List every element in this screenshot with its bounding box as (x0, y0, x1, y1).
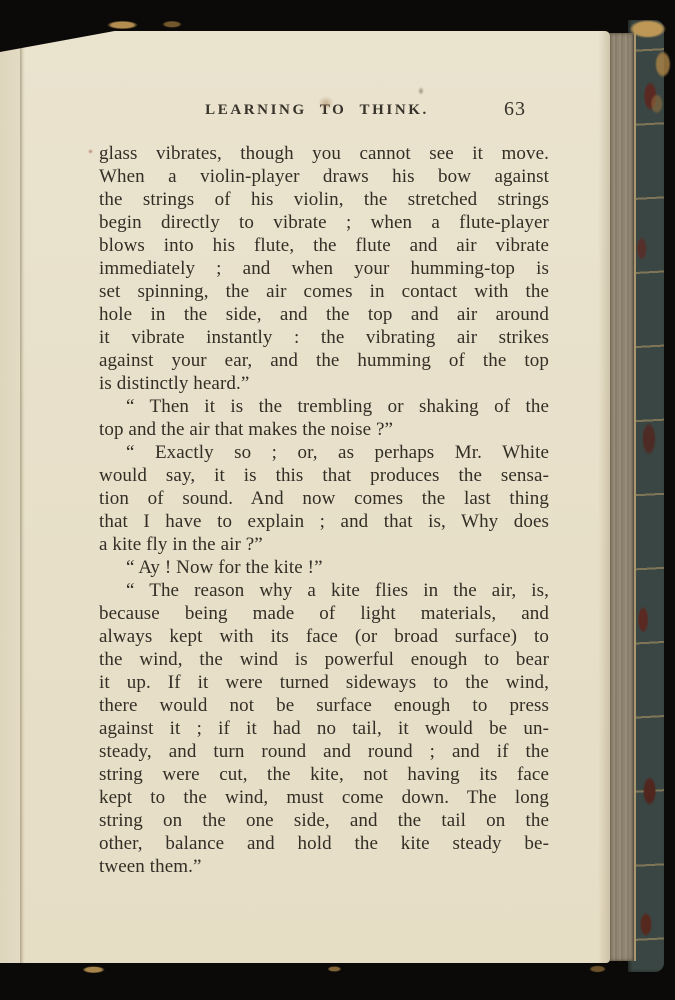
text-line: always kept with its face (or broad surf… (99, 625, 549, 648)
text-line: begin directly to vibrate ; when a flute… (99, 211, 549, 234)
gutter-crease-shadow (20, 31, 25, 963)
text-line: blows into his flute, the flute and air … (99, 234, 549, 257)
text-line: that I have to explain ; and that is, Wh… (99, 510, 549, 533)
text-line: “ The reason why a kite flies in the air… (99, 579, 549, 602)
page-fore-edge-stack (607, 33, 636, 961)
text-line: the wind, the wind is powerful enough to… (99, 648, 549, 671)
text-line: When a violin-player draws his bow again… (99, 165, 549, 188)
text-line: it vibrate instantly : the vibrating air… (99, 326, 549, 349)
text-line: tion of sound. And now comes the last th… (99, 487, 549, 510)
text-line: “ Then it is the trembling or shaking of… (99, 395, 549, 418)
page-corner-shadow (0, 30, 120, 52)
text-line: “ Ay ! Now for the kite !” (99, 556, 549, 579)
text-line: immediately ; and when your humming-top … (99, 257, 549, 280)
text-block: glass vibrates, though you cannot see it… (99, 142, 549, 878)
text-line: “ Exactly so ; or, as perhaps Mr. White (99, 441, 549, 464)
page-gutter-edge (0, 31, 20, 963)
text-line: it up. If it were turned sideways to the… (99, 671, 549, 694)
text-line: glass vibrates, though you cannot see it… (99, 142, 549, 165)
text-line: string were cut, the kite, not having it… (99, 763, 549, 786)
text-line: top and the air that makes the noise ?” (99, 418, 549, 441)
text-line: steady, and turn round and round ; and i… (99, 740, 549, 763)
text-line: hole in the side, and the top and air ar… (99, 303, 549, 326)
text-line: against it ; if it had no tail, it would… (99, 717, 549, 740)
text-line: against your ear, and the humming of the… (99, 349, 549, 372)
book-page: LEARNING TO THINK. 63 glass vibrates, th… (0, 31, 610, 963)
page-header: LEARNING TO THINK. 63 (92, 98, 542, 126)
running-title: LEARNING TO THINK. (92, 102, 542, 119)
text-line: other, balance and hold the kite steady … (99, 832, 549, 855)
text-line: kept to the wind, must come down. The lo… (99, 786, 549, 809)
page-number: 63 (504, 98, 526, 121)
text-line: the strings of his violin, the stretched… (99, 188, 549, 211)
text-line: is distinctly heard.” (99, 372, 549, 395)
text-line: there would not be surface enough to pre… (99, 694, 549, 717)
scanned-book-photo: LEARNING TO THINK. 63 glass vibrates, th… (0, 0, 675, 1000)
text-line: set spinning, the air comes in contact w… (99, 280, 549, 303)
text-line: would say, it is this that produces the … (99, 464, 549, 487)
text-line: tween them.” (99, 855, 549, 878)
text-line: because being made of light materials, a… (99, 602, 549, 625)
text-line: string on the one side, and the tail on … (99, 809, 549, 832)
text-line: a kite fly in the air ?” (99, 533, 549, 556)
